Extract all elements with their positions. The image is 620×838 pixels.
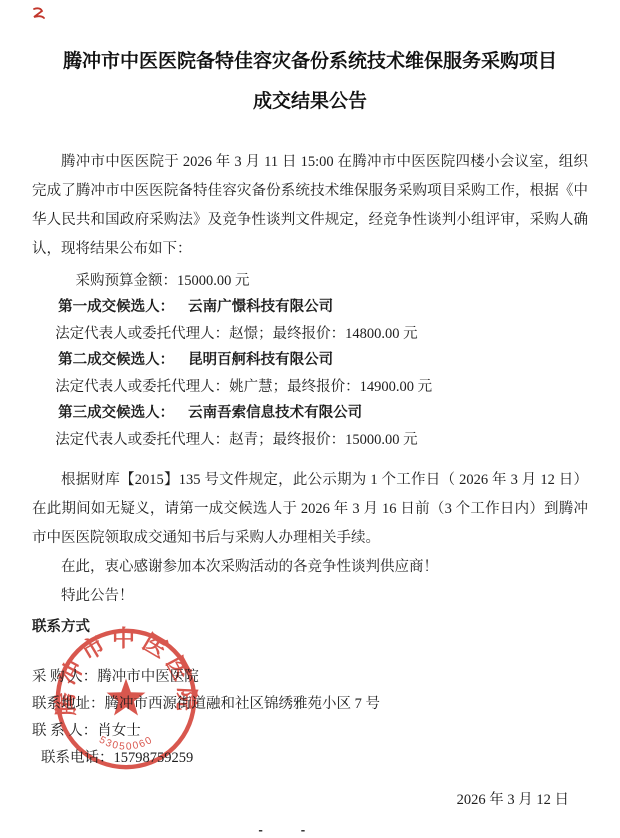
announcement-page: { "title": { "line1": "腾冲市中医医院备特佳容灾备份系统技… bbox=[0, 0, 620, 838]
publicity-notice-paragraph: 根据财库【2015】135 号文件规定，此公示期为 1 个工作日（ 2026 年… bbox=[32, 466, 588, 553]
candidate-2-company: 昆明百舸科技有限公司 bbox=[188, 352, 333, 368]
corner-red-mark bbox=[30, 5, 48, 25]
closing-line: 特此公告！ bbox=[32, 582, 588, 611]
contact-person: 联 系 人：肖女士 bbox=[32, 718, 588, 745]
contact-phone: 联系电话：15798759259 bbox=[32, 745, 588, 772]
candidate-1-detail: 法定代表人或委托代理人：赵憬；最终报价：14800.00 元 bbox=[32, 321, 588, 348]
intro-paragraph: 腾冲市中医医院于 2026 年 3 月 11 日 15:00 在腾冲市中医医院四… bbox=[32, 148, 588, 264]
candidate-1-rank: 第一成交候选人： bbox=[58, 299, 174, 315]
candidate-2-rank: 第二成交候选人： bbox=[58, 352, 174, 368]
candidate-1-title: 第一成交候选人：云南广憬科技有限公司 bbox=[32, 294, 588, 321]
candidate-2-detail: 法定代表人或委托代理人：姚广慧；最终报价：14900.00 元 bbox=[32, 374, 588, 401]
candidate-3-rank: 第三成交候选人： bbox=[58, 405, 174, 421]
candidate-3-company: 云南吾索信息技术有限公司 bbox=[188, 405, 362, 421]
announcement-date: 2026 年 3 月 12 日 bbox=[32, 787, 588, 814]
candidate-list: 第一成交候选人：云南广憬科技有限公司 法定代表人或委托代理人：赵憬；最终报价：1… bbox=[32, 294, 588, 453]
contact-address: 联系地址：腾冲市西源街道融和社区锦绣雅苑小区 7 号 bbox=[32, 691, 588, 718]
budget-line: 采购预算金额：15000.00 元 bbox=[32, 268, 588, 294]
candidate-3-detail: 法定代表人或委托代理人：赵青；最终报价：15000.00 元 bbox=[32, 427, 588, 454]
thanks-line: 在此，衷心感谢参加本次采购活动的各竞争性谈判供应商！ bbox=[32, 553, 588, 582]
document-body: 腾冲市中医医院备特佳容灾备份系统技术维保服务采购项目 成交结果公告 腾冲市中医医… bbox=[0, 0, 620, 838]
page-title: 腾冲市中医医院备特佳容灾备份系统技术维保服务采购项目 成交结果公告 bbox=[32, 42, 588, 122]
candidate-1-company: 云南广憬科技有限公司 bbox=[188, 299, 333, 315]
title-line-2: 成交结果公告 bbox=[32, 82, 588, 122]
footer-page-marks: - - bbox=[257, 824, 321, 838]
contact-buyer: 采 购 人：腾冲市中医医院 bbox=[32, 664, 588, 691]
title-line-1: 腾冲市中医医院备特佳容灾备份系统技术维保服务采购项目 bbox=[32, 42, 588, 82]
candidate-3-title: 第三成交候选人：云南吾索信息技术有限公司 bbox=[32, 400, 588, 427]
contact-heading: 联系方式 bbox=[32, 613, 588, 642]
candidate-2-title: 第二成交候选人：昆明百舸科技有限公司 bbox=[32, 347, 588, 374]
